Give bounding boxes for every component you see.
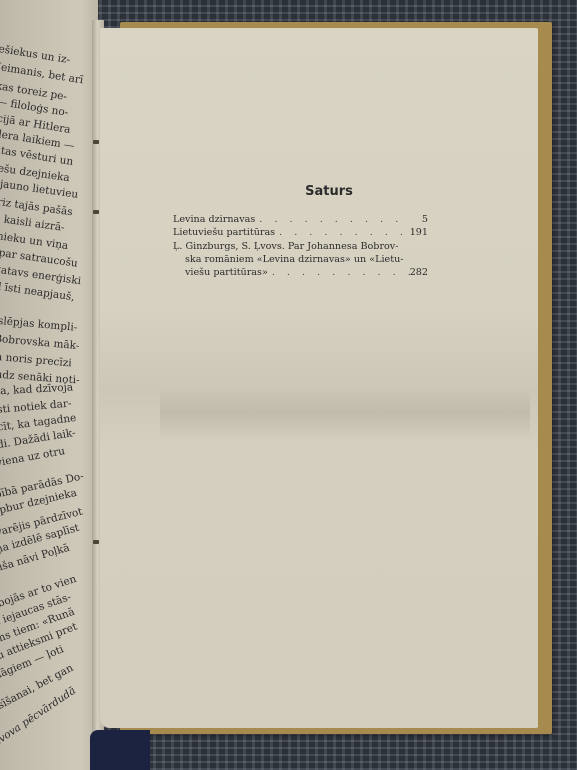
toc-entry: Lietuviešu partitūras . . . . . . . . . … <box>173 226 428 239</box>
left-page-line: ība noris precīzi <box>0 350 72 369</box>
toc-entry-title-line: ska romāniem «Levina dzirnavas» un «Liet… <box>185 253 404 266</box>
stitch-mark <box>93 540 99 544</box>
toc-entry: Levina dzirnavas . . . . . . . . . . . .… <box>173 213 428 226</box>
left-page-line: d slēpjas kompli- <box>0 314 78 334</box>
left-page-line: mta, kad dzīvoja <box>0 381 73 398</box>
page-fold-shadow <box>160 388 530 438</box>
toc-entry-title: Lietuviešu partitūras <box>173 226 275 239</box>
toc-page-number: 191 <box>410 226 428 239</box>
toc-page-number: 5 <box>410 213 428 226</box>
toc-heading: Saturs <box>100 184 538 199</box>
toc-entry: Ļ. Ginzburgs, S. Ļvovs. Par Johannesa Bo… <box>173 240 428 280</box>
toc-entry-title: Levina dzirnavas <box>173 213 255 226</box>
left-page-line: r Bobrovska māk- <box>0 332 80 352</box>
toc-entry-title-line: Ļ. Ginzburgs, S. Ļvovs. Par Johannesa Bo… <box>173 240 398 253</box>
front-cover-corner <box>90 730 150 770</box>
toc-leader-dots: . . . . . . . . . . . . . . . . . . . . … <box>275 226 410 239</box>
table-of-contents: Levina dzirnavas . . . . . . . . . . . .… <box>173 213 428 279</box>
stitch-mark <box>93 210 99 214</box>
toc-page-number: 282 <box>410 266 428 279</box>
stitch-mark <box>93 140 99 144</box>
right-page: Saturs Levina dzirnavas . . . . . . . . … <box>100 28 538 728</box>
toc-entry-title-line: viešu partitūras» <box>185 266 268 279</box>
toc-leader-dots: . . . . . . . . . . . . . . . . . . . . … <box>255 213 410 226</box>
left-page: rētiešiekus un iz- Neimanis, bet arī s, … <box>0 0 98 770</box>
toc-leader-dots: . . . . . . . . . . . . . . . . . . . . … <box>268 266 410 279</box>
